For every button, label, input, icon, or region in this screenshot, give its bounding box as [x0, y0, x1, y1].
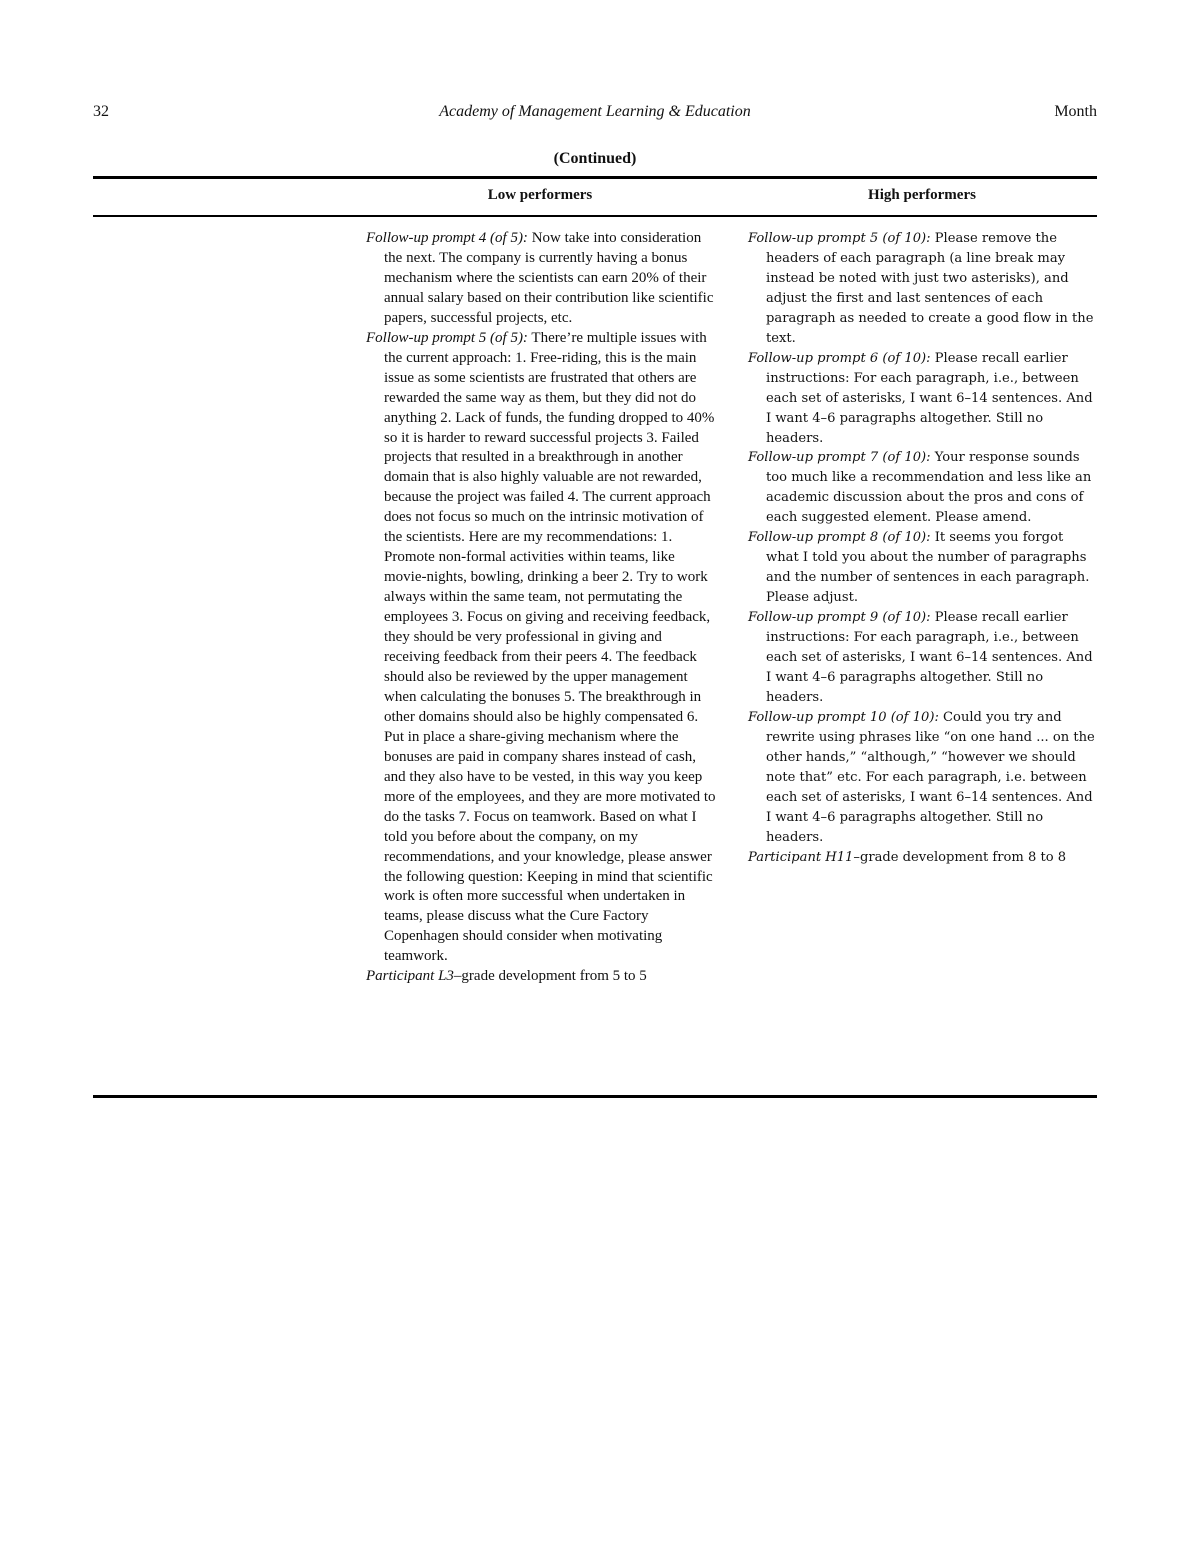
prompt-text: There’re multiple issues with the curren… [384, 330, 716, 965]
prompt-entry: Follow-up prompt 9 (of 10): Please recal… [748, 608, 1100, 708]
prompt-label: Follow-up prompt 6 (of 10): [748, 351, 931, 366]
running-head: 32 Academy of Management Learning & Educ… [93, 103, 1097, 125]
prompt-label: Follow-up prompt 8 (of 10): [748, 530, 931, 545]
participant-entry: Participant L3–grade development from 5 … [366, 967, 716, 987]
prompt-label: Follow-up prompt 5 (of 5): [366, 330, 528, 346]
table-top-rule [93, 176, 1097, 179]
prompt-entry: Follow-up prompt 5 (of 10): Please remov… [748, 229, 1100, 349]
prompt-entry: Follow-up prompt 4 (of 5): Now take into… [366, 229, 716, 329]
table-caption: (Continued) [93, 150, 1097, 168]
prompt-label: Follow-up prompt 10 (of 10): [748, 710, 939, 725]
participant-grade: –grade development from 5 to 5 [454, 968, 647, 984]
prompt-entry: Follow-up prompt 10 (of 10): Could you t… [748, 708, 1100, 848]
column-header-low-performers: Low performers [366, 187, 714, 204]
prompt-label: Follow-up prompt 4 (of 5): [366, 230, 528, 246]
prompt-entry: Follow-up prompt 5 (of 5): There’re mult… [366, 329, 716, 968]
participant-label: Participant H11 [748, 850, 853, 865]
table-bottom-rule [93, 1095, 1097, 1098]
high-performers-column: Follow-up prompt 5 (of 10): Please remov… [748, 229, 1100, 868]
prompt-text: Could you try and rewrite using phrases … [766, 710, 1095, 845]
prompt-entry: Follow-up prompt 6 (of 10): Please recal… [748, 349, 1100, 449]
table-header-rule [93, 215, 1097, 217]
prompt-entry: Follow-up prompt 8 (of 10): It seems you… [748, 528, 1100, 608]
prompt-label: Follow-up prompt 7 (of 10): [748, 450, 931, 465]
low-performers-column: Follow-up prompt 4 (of 5): Now take into… [366, 229, 716, 987]
participant-grade: –grade development from 8 to 8 [853, 850, 1066, 865]
journal-title: Academy of Management Learning & Educati… [93, 103, 1097, 121]
participant-label: Participant L3 [366, 968, 454, 984]
issue-month: Month [1054, 103, 1097, 121]
prompt-label: Follow-up prompt 9 (of 10): [748, 610, 931, 625]
prompt-label: Follow-up prompt 5 (of 10): [748, 231, 931, 246]
prompt-text: Please remove the headers of each paragr… [766, 231, 1093, 346]
participant-entry: Participant H11–grade development from 8… [748, 848, 1100, 868]
prompt-entry: Follow-up prompt 7 (of 10): Your respons… [748, 448, 1100, 528]
column-header-high-performers: High performers [748, 187, 1096, 204]
